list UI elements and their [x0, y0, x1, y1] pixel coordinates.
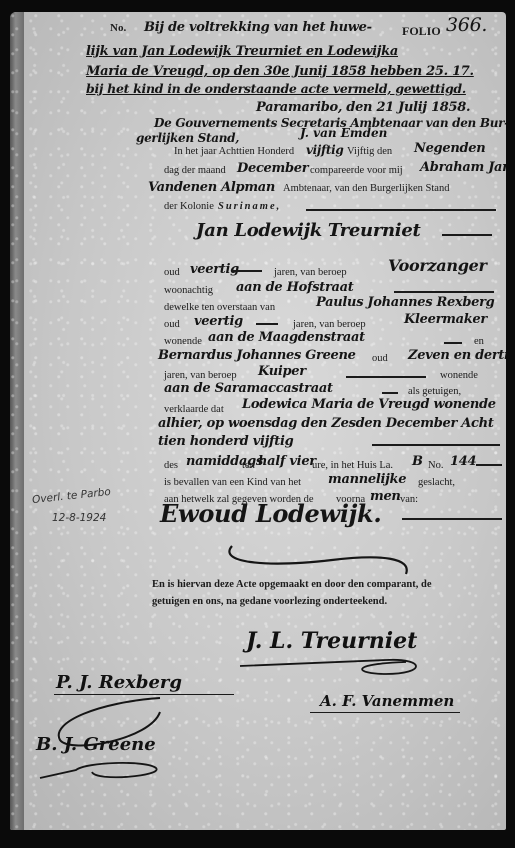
- sex-field: mannelijke: [328, 472, 406, 487]
- residence-field: aan de Hofstraat: [236, 280, 353, 295]
- witness1-age: veertig: [194, 314, 243, 329]
- annotation-line-4: bij het kind in de onderstaande acte ver…: [86, 81, 466, 96]
- print-text: verklaarde dat: [164, 404, 224, 415]
- print-text: oud: [164, 319, 180, 330]
- annotation-line-1: Bij de voltrekking van het huwe-: [144, 20, 372, 35]
- birth-date-line-1: alhier, op woensdag den Zesden December …: [158, 416, 494, 431]
- hand-text: vijftig: [306, 143, 343, 157]
- signature-loop: [36, 758, 176, 788]
- print-text: woonachtig: [164, 285, 213, 296]
- fill-line: [232, 270, 262, 272]
- print-text: In het jaar Achttien Honderd: [174, 146, 294, 157]
- print-text: der Kolonie: [164, 201, 214, 212]
- fill-line: [382, 392, 398, 394]
- annotation-office-line-2: gerlijken Stand,: [136, 131, 239, 145]
- print-text: oud: [164, 267, 180, 278]
- fill-line: [402, 518, 502, 520]
- signature-witness-1: P. J. Rexberg: [56, 672, 182, 693]
- print-text: jaren, van beroep: [293, 319, 366, 330]
- annotation-signature: J. van Emden: [300, 126, 387, 140]
- book-spine: [10, 12, 24, 830]
- print-text: Vijftig den: [347, 146, 392, 157]
- signature-underline: [310, 712, 460, 713]
- pencil-note-line-1: Overl. te Parbo: [32, 486, 112, 506]
- register-page: No. FOLIO 366. Bij de voltrekking van he…: [10, 12, 506, 830]
- annotation-line-2: lijk van Jan Lodewijk Treurniet en Lodew…: [86, 44, 398, 59]
- witness2-residence: aan de Saramaccastraat: [164, 381, 333, 396]
- closing-line-1: En is hiervan deze Acte opgemaakt en doo…: [152, 579, 432, 590]
- birth-date-line-2: tien honderd vijftig: [158, 434, 293, 449]
- print-text: ure, in het Huis La.: [312, 460, 393, 471]
- print-text: ten: [242, 460, 255, 471]
- fill-line: [346, 376, 426, 378]
- print-text: No.: [428, 460, 443, 471]
- signature-flourish: [236, 652, 436, 682]
- print-text: en: [474, 336, 484, 347]
- print-text: jaren, van beroep: [164, 370, 237, 381]
- flourish-ornament: [222, 540, 422, 580]
- witness2-profession: Kuiper: [258, 364, 306, 379]
- house-number: 144: [450, 454, 476, 469]
- child-name: Ewoud Lodewijk.: [160, 499, 381, 528]
- print-text: Ambtenaar, van den Burgerlijken Stand: [283, 183, 449, 194]
- print-text: wonende: [440, 370, 478, 381]
- print-text: is bevallen van een Kind van het: [164, 477, 301, 488]
- fill-line: [372, 444, 500, 446]
- print-text: des: [164, 460, 178, 471]
- closing-line-2: getuigen en ons, na gedane voorlezing on…: [152, 596, 387, 607]
- hour-field: half vier: [258, 454, 316, 469]
- print-text: compareerde voor mij: [310, 165, 403, 176]
- officer-name-a: Abraham Jan: [420, 160, 506, 175]
- letter-field: B: [412, 454, 423, 469]
- witness1-name: Paulus Johannes Rexberg: [316, 295, 494, 310]
- fill-line: [256, 323, 278, 325]
- print-text: als getuigen,: [408, 386, 461, 397]
- print-text: van:: [400, 494, 418, 505]
- day-field: Negenden: [414, 141, 485, 156]
- witness2-name: Bernardus Johannes Greene: [158, 348, 356, 363]
- print-text: geslacht,: [418, 477, 455, 488]
- month-field: December: [237, 161, 308, 176]
- print-text: oud: [372, 353, 388, 364]
- colony-name: Suriname,: [218, 201, 281, 212]
- folio-number: 366.: [446, 14, 487, 36]
- folio-label: FOLIO: [402, 24, 441, 39]
- annotation-place-date: Paramaribo, den 21 Julij 1858.: [256, 100, 470, 115]
- number-label: No.: [110, 22, 126, 34]
- witness1-profession: Kleermaker: [404, 312, 487, 327]
- mother-name: Lodewica Maria de Vreugd wonende: [242, 397, 496, 412]
- profession-field: Voorzanger: [388, 256, 487, 275]
- witness1-residence: aan de Maagdenstraat: [208, 330, 365, 345]
- signature-officer: A. F. Vanemmen: [320, 692, 454, 710]
- officer-name-b: Vandenen Alpman: [148, 180, 275, 195]
- fill-line: [476, 464, 502, 466]
- signature-comparant: J. L. Treurniet: [246, 628, 417, 654]
- comparant-name: Jan Lodewijk Treurniet: [196, 220, 421, 241]
- pencil-note-line-2: 12-8-1924: [52, 512, 106, 524]
- fill-line: [444, 342, 462, 344]
- print-text: jaren, van beroep: [274, 267, 347, 278]
- fill-line: [394, 291, 494, 293]
- fill-line: [442, 234, 492, 236]
- signature-witness-2: B. J. Greene: [36, 734, 156, 755]
- witness2-age: Zeven en dertig: [408, 348, 506, 363]
- fill-line: [306, 209, 496, 211]
- annotation-line-3: Maria de Vreugd, op den 30e Junij 1858 h…: [86, 64, 474, 79]
- print-text: wonende: [164, 336, 202, 347]
- print-text: dewelke ten overstaan van: [164, 302, 275, 313]
- print-text: dag der maand: [164, 165, 226, 176]
